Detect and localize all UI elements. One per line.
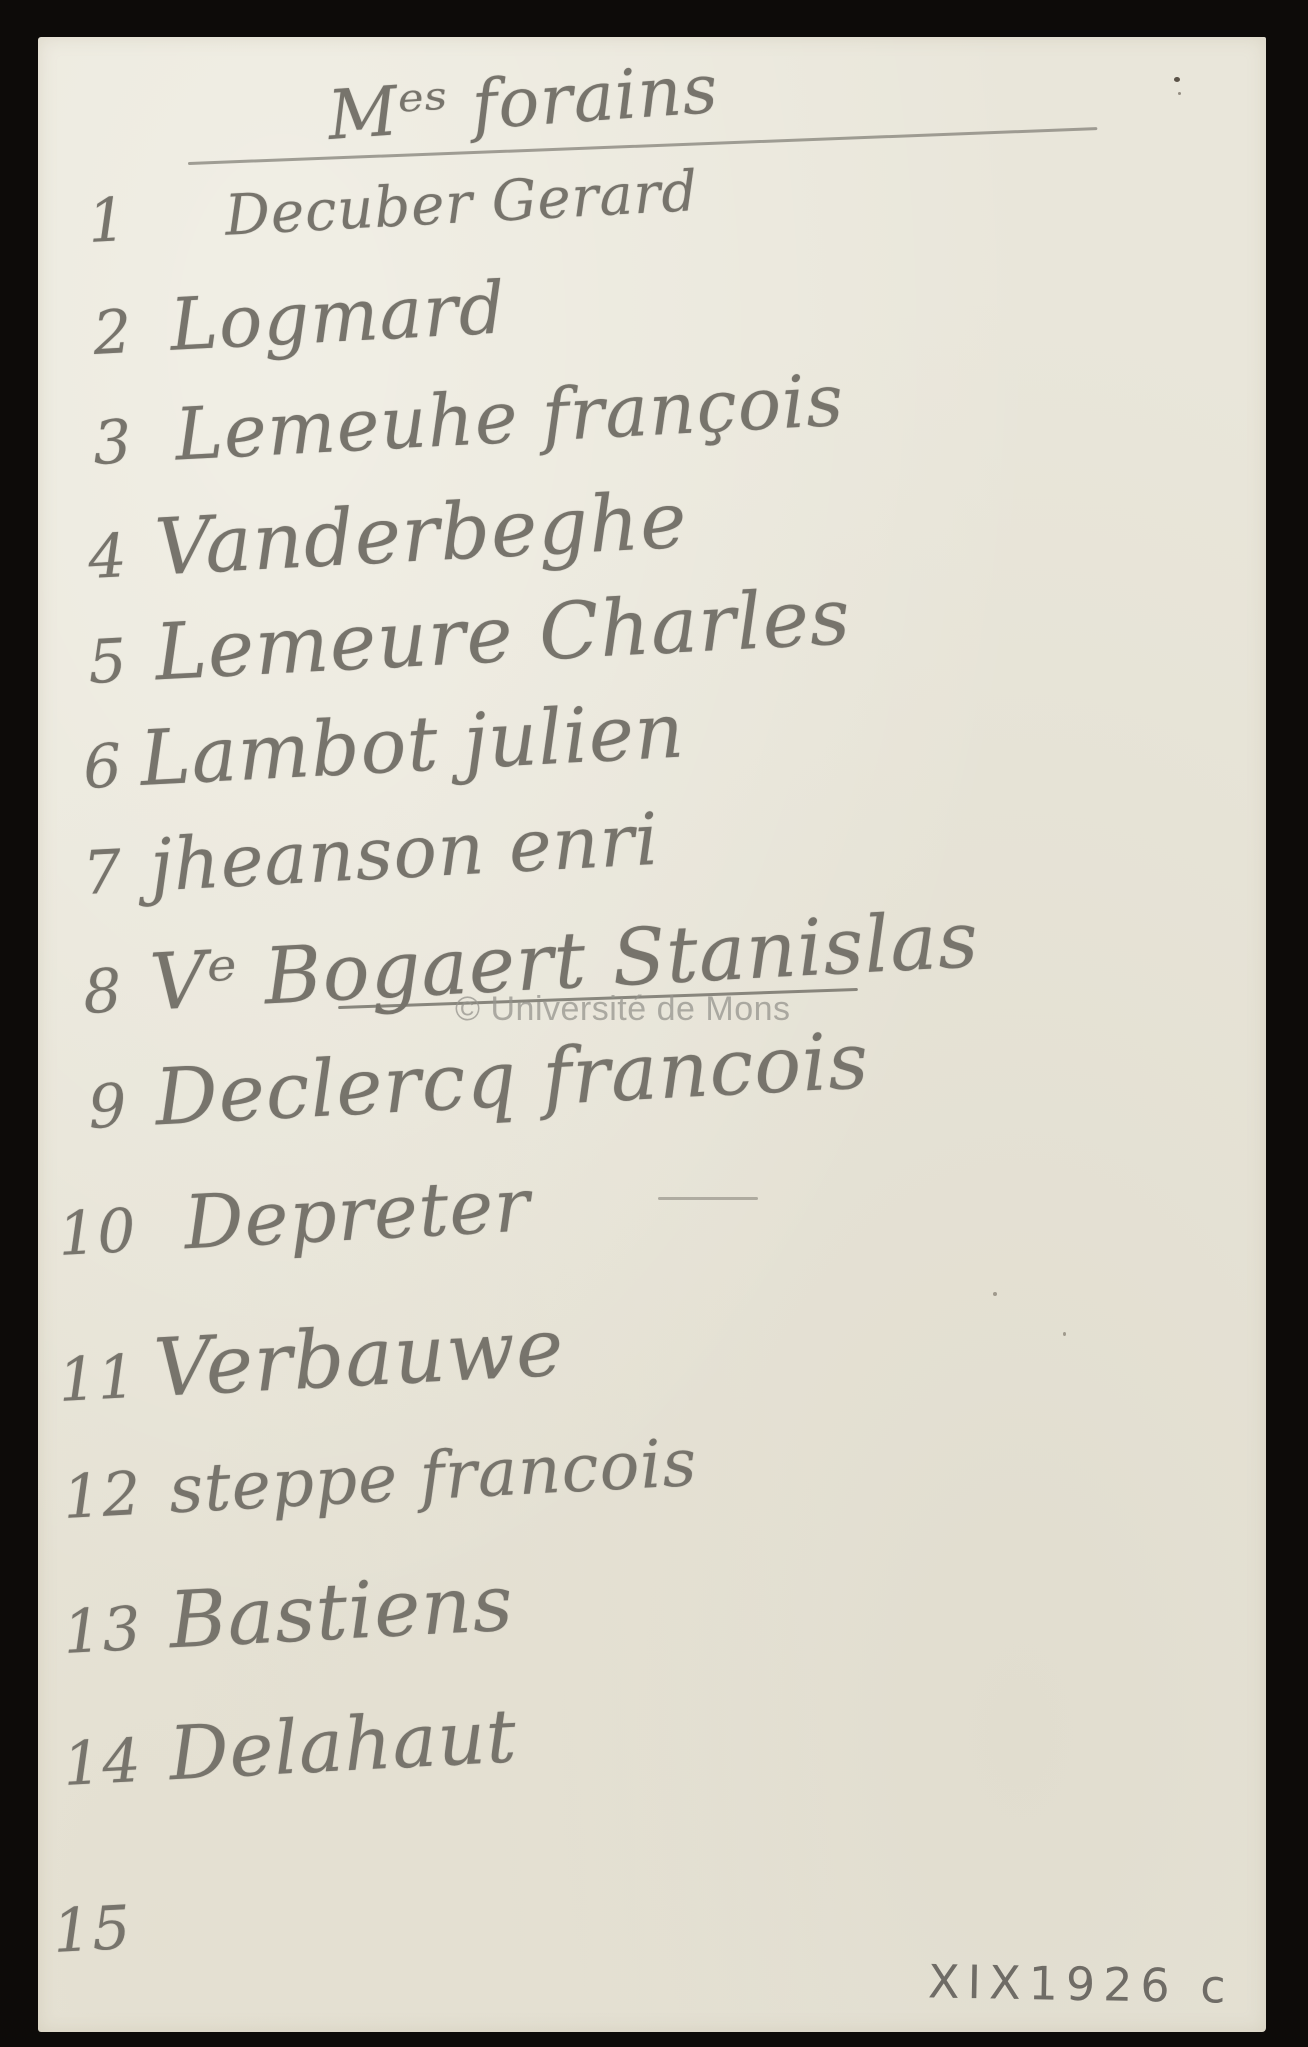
entry-name: Vanderbeghe bbox=[153, 476, 690, 594]
entry-number: 1 bbox=[86, 185, 129, 257]
list-item: 9 Declercq francois bbox=[86, 1016, 872, 1147]
entry-name: Delahaut bbox=[167, 1693, 519, 1797]
catalog-number: XIX1926 c bbox=[928, 1954, 1234, 2013]
entry-number: 8 bbox=[81, 956, 124, 1028]
list-item: 2 Logmard bbox=[91, 265, 508, 371]
entry-name: Lambot julien bbox=[138, 686, 687, 803]
document-title: Mᵉˢ forains bbox=[325, 50, 721, 156]
entry-name: Decuber Gerard bbox=[223, 159, 699, 249]
entry-number: 15 bbox=[51, 1893, 133, 1967]
entry-name: Bastiens bbox=[167, 1558, 516, 1666]
watermark: © Université de Mons bbox=[455, 990, 791, 1029]
list-item-empty: 15 bbox=[51, 1891, 161, 1966]
paper-speck bbox=[1174, 77, 1180, 82]
entry-number: 11 bbox=[57, 1342, 139, 1416]
list-item: 1 Decuber Gerard bbox=[86, 155, 700, 257]
list-item: 6 Lambot julien bbox=[81, 686, 687, 806]
entry-number: 9 bbox=[86, 1071, 129, 1143]
scanned-document: Mᵉˢ forains 1 Decuber Gerard 2 Logmard 3… bbox=[0, 0, 1308, 2047]
entry-name: Lemeure Charles bbox=[153, 572, 853, 698]
entry-number: 3 bbox=[91, 407, 134, 479]
paper-speck bbox=[1063, 1332, 1066, 1336]
entry-name: Depreter bbox=[182, 1162, 533, 1266]
list-item: 11 Verbauwe bbox=[56, 1301, 567, 1420]
entry-name: Lemeuhe françois bbox=[173, 358, 846, 477]
list-item: 7 jheanson enri bbox=[81, 797, 661, 911]
entry-number: 6 bbox=[82, 731, 125, 803]
list-item: 3 Lemeuhe françois bbox=[91, 358, 846, 481]
entry-number: 10 bbox=[56, 1196, 138, 1270]
paper-sheet: Mᵉˢ forains 1 Decuber Gerard 2 Logmard 3… bbox=[38, 37, 1266, 2032]
entry-name: Declercq francois bbox=[153, 1016, 871, 1143]
entry-number: 4 bbox=[86, 521, 129, 593]
list-item: 13 Bastiens bbox=[61, 1558, 516, 1671]
list-item: 4 Vanderbeghe bbox=[86, 476, 690, 597]
entry-number: 5 bbox=[86, 626, 129, 698]
list-item: 14 Delahaut bbox=[61, 1693, 519, 1803]
entry-number: 12 bbox=[61, 1459, 143, 1533]
entry-number: 2 bbox=[91, 297, 134, 369]
entry-name: jheanson enri bbox=[148, 797, 661, 908]
list-item: 5 Lemeure Charles bbox=[86, 572, 853, 702]
entry-name: Verbauwe bbox=[152, 1301, 567, 1415]
t-cross-stroke bbox=[658, 1197, 758, 1200]
paper-speck bbox=[993, 1292, 997, 1296]
entry-number: 14 bbox=[61, 1726, 143, 1800]
entry-number: 7 bbox=[81, 837, 124, 909]
paper-speck bbox=[1178, 92, 1181, 95]
list-item: 12 steppe francois bbox=[61, 1424, 699, 1534]
list-item: 10 Depreter bbox=[56, 1162, 533, 1273]
entry-number: 13 bbox=[61, 1594, 143, 1668]
entry-name: steppe francois bbox=[167, 1424, 699, 1529]
entry-name: Logmard bbox=[168, 265, 508, 366]
